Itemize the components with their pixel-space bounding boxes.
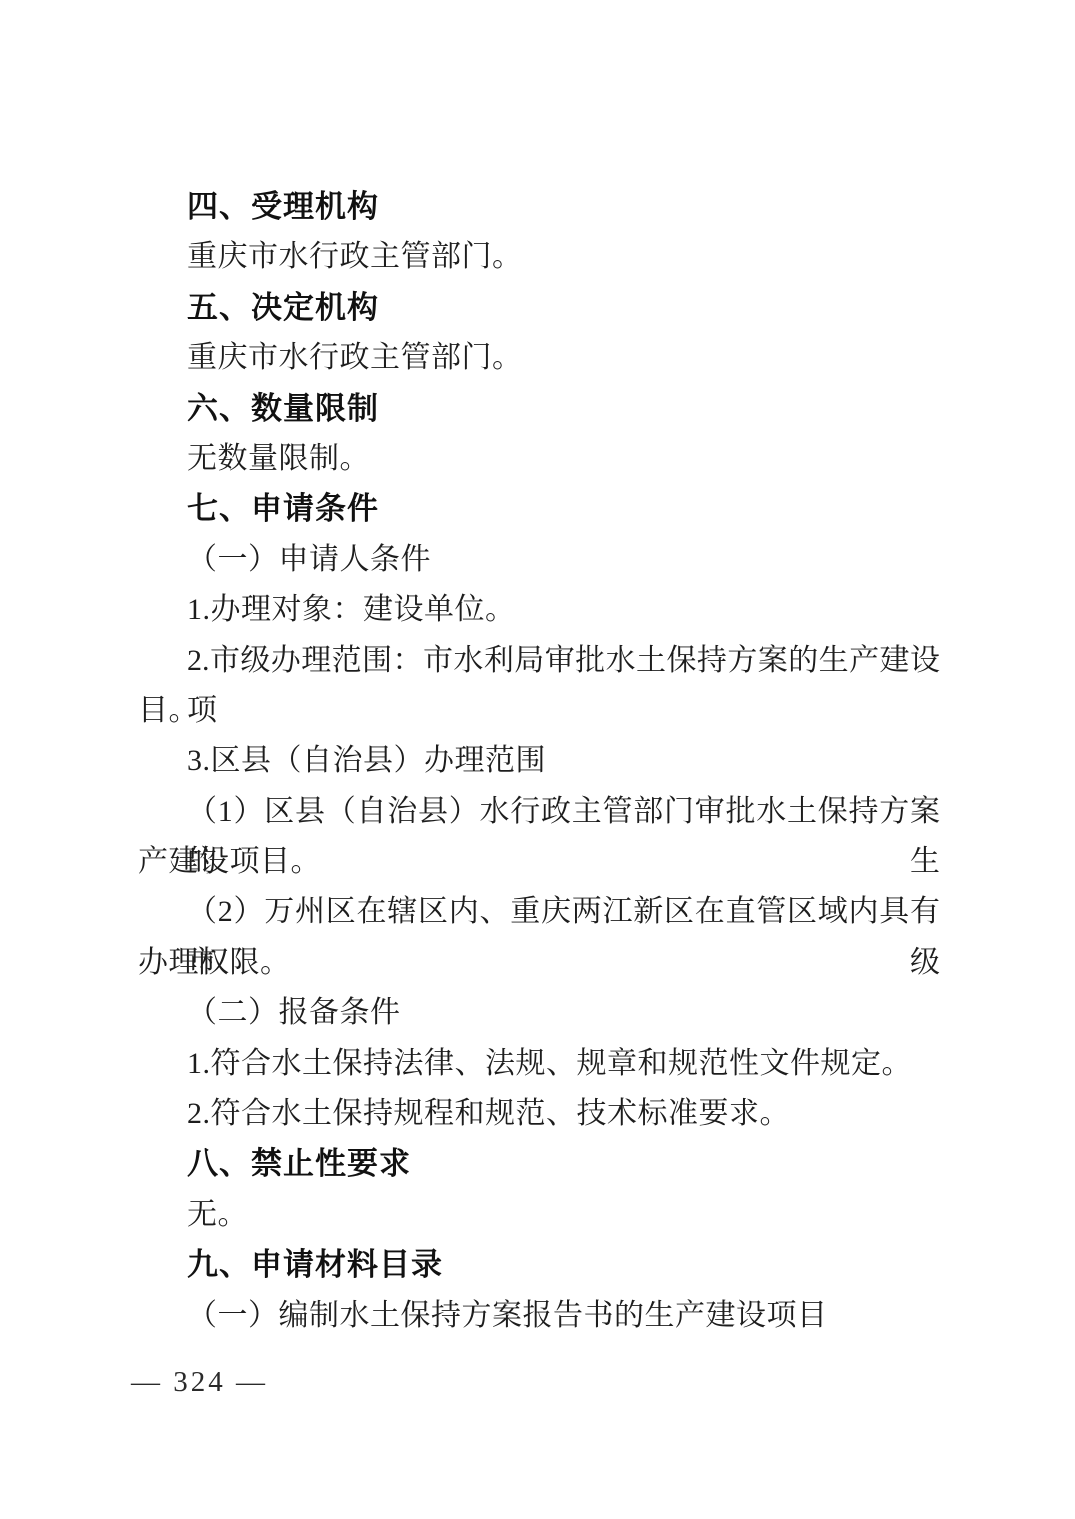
paragraph: （一）编制水土保持方案报告书的生产建设项目 <box>138 1291 940 1341</box>
paragraph: 无。 <box>138 1190 940 1240</box>
text-line: （一）编制水土保持方案报告书的生产建设项目 <box>138 1291 940 1341</box>
text-line: 3.区县（自治县）办理范围 <box>138 736 940 786</box>
text-line: 目。 <box>138 686 940 736</box>
section-heading: 七、申请条件 <box>138 484 940 534</box>
page-footer: — 324 — <box>131 1362 268 1402</box>
text-line: （1）区县（自治县）水行政主管部门审批水土保持方案的生 <box>138 787 940 837</box>
section-heading: 五、决定机构 <box>138 283 940 333</box>
paragraph: 2.符合水土保持规程和规范、技术标准要求。 <box>138 1089 940 1139</box>
text-line: 重庆市水行政主管部门。 <box>138 333 940 383</box>
text-line: 1.符合水土保持法律、法规、规章和规范性文件规定。 <box>138 1039 940 1089</box>
paragraph: 1.符合水土保持法律、法规、规章和规范性文件规定。 <box>138 1039 940 1089</box>
text-line: （2）万州区在辖区内、重庆两江新区在直管区域内具有市级 <box>138 887 940 937</box>
paragraph: 重庆市水行政主管部门。 <box>138 232 940 282</box>
text-line: 2.市级办理范围：市水利局审批水土保持方案的生产建设项 <box>138 636 940 686</box>
section-heading: 九、申请材料目录 <box>138 1240 940 1290</box>
text-line: （二）报备条件 <box>138 988 940 1038</box>
paragraph: （二）报备条件 <box>138 988 940 1038</box>
text-line: 无数量限制。 <box>138 434 940 484</box>
paragraph: （一）申请人条件 <box>138 535 940 585</box>
text-line: 重庆市水行政主管部门。 <box>138 232 940 282</box>
text-line: 无。 <box>138 1190 940 1240</box>
document-page: 四、受理机构重庆市水行政主管部门。五、决定机构重庆市水行政主管部门。六、数量限制… <box>0 0 1075 1519</box>
document-body: 四、受理机构重庆市水行政主管部门。五、决定机构重庆市水行政主管部门。六、数量限制… <box>138 182 940 1341</box>
heading-line: 六、数量限制 <box>138 384 940 434</box>
paragraph: 重庆市水行政主管部门。 <box>138 333 940 383</box>
paragraph: 3.区县（自治县）办理范围 <box>138 736 940 786</box>
section-heading: 八、禁止性要求 <box>138 1139 940 1189</box>
paragraph: 2.市级办理范围：市水利局审批水土保持方案的生产建设项目。 <box>138 636 940 737</box>
text-line: 2.符合水土保持规程和规范、技术标准要求。 <box>138 1089 940 1139</box>
paragraph: 无数量限制。 <box>138 434 940 484</box>
heading-line: 九、申请材料目录 <box>138 1240 940 1290</box>
text-line: 1.办理对象：建设单位。 <box>138 585 940 635</box>
heading-line: 八、禁止性要求 <box>138 1139 940 1189</box>
heading-line: 五、决定机构 <box>138 283 940 333</box>
paragraph: （2）万州区在辖区内、重庆两江新区在直管区域内具有市级办理权限。 <box>138 887 940 988</box>
heading-line: 四、受理机构 <box>138 182 940 232</box>
text-line: （一）申请人条件 <box>138 535 940 585</box>
paragraph: 1.办理对象：建设单位。 <box>138 585 940 635</box>
paragraph: （1）区县（自治县）水行政主管部门审批水土保持方案的生产建设项目。 <box>138 787 940 888</box>
section-heading: 四、受理机构 <box>138 182 940 232</box>
heading-line: 七、申请条件 <box>138 484 940 534</box>
page-number: — 324 — <box>131 1366 268 1398</box>
section-heading: 六、数量限制 <box>138 384 940 434</box>
